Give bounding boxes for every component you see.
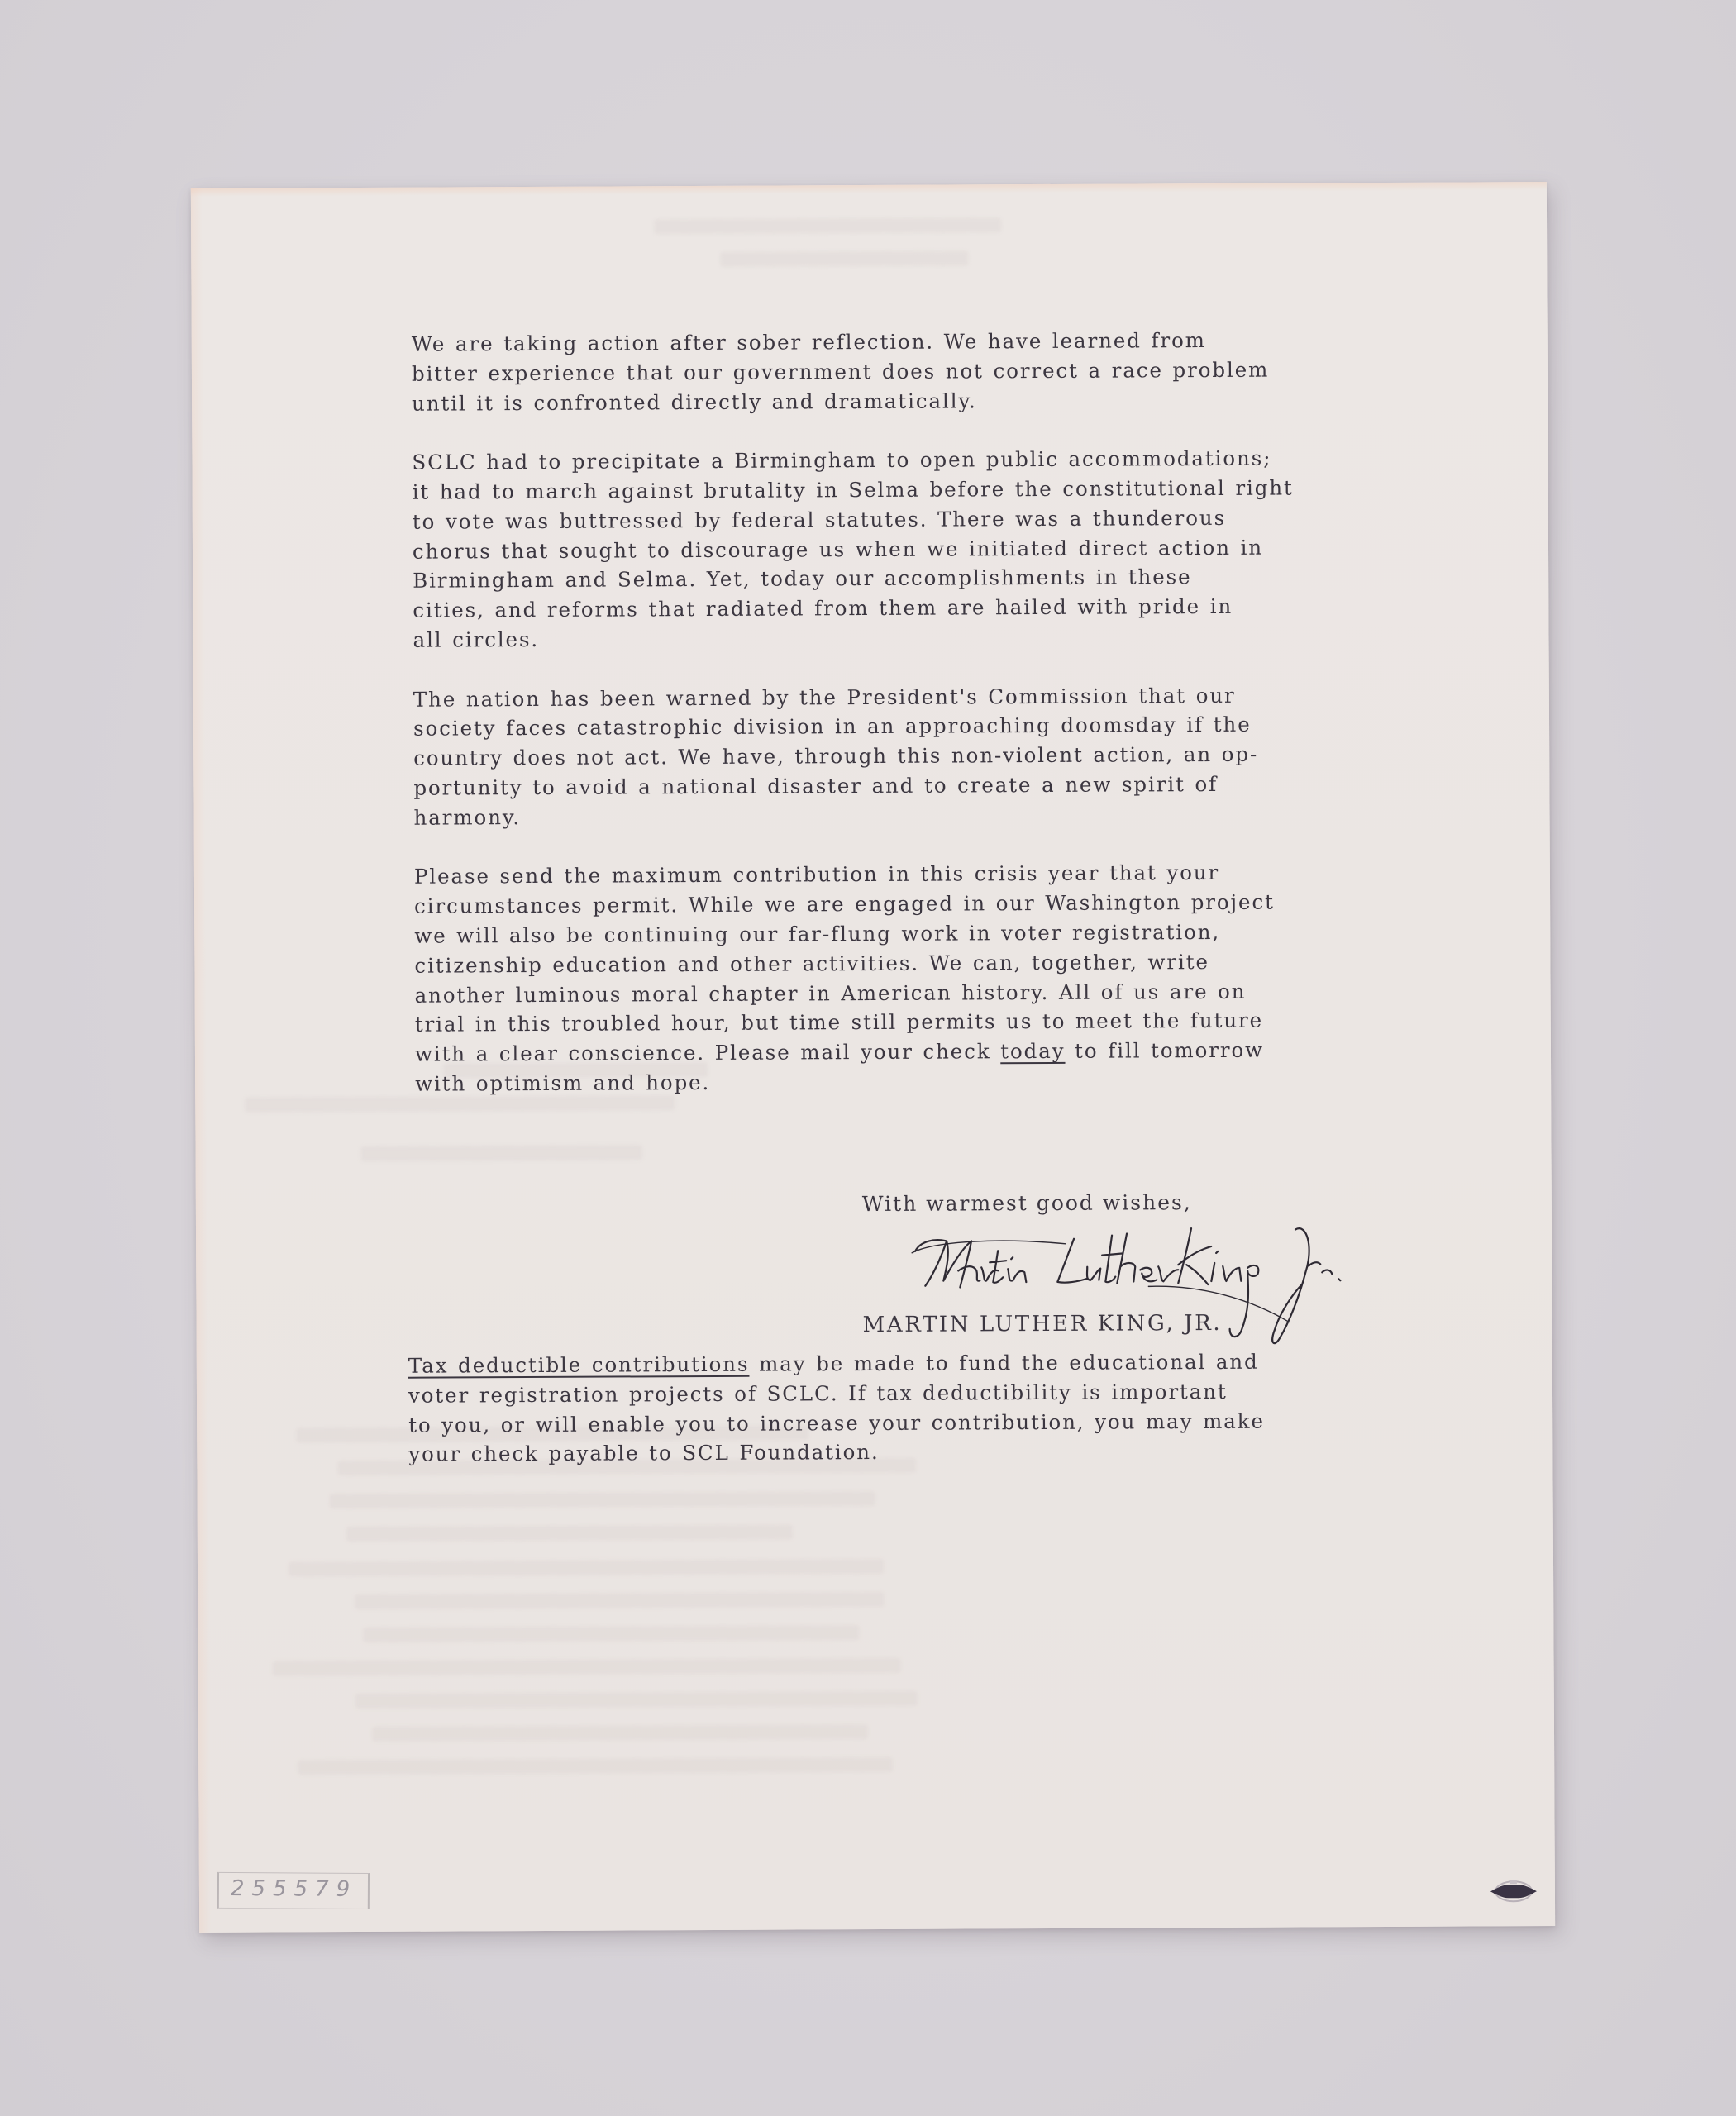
letter-body: We are taking action after sober reflect… [412,325,1408,1128]
typed-signatory-name: MARTIN LUTHER KING, JR. [863,1311,1223,1337]
embossed-seal-stamp-icon [1487,1876,1540,1906]
underlined-tax-deductible: Tax deductible contributions [408,1352,750,1378]
postscript-note: Tax deductible contributions may be made… [408,1346,1434,1470]
paragraph-4: Please send the maximum contribution in … [414,857,1407,1099]
underlined-today: today [1000,1039,1065,1063]
pencil-inventory-box: 255579 [217,1872,370,1909]
paragraph-3: The nation has been warned by the Presid… [413,679,1406,832]
pencil-inventory-number: 255579 [231,1876,357,1902]
paragraph-4-text: Please send the maximum contribution in … [414,860,1275,1066]
closing-salutation: With warmest good wishes, [862,1190,1192,1216]
letter-page: We are taking action after sober reflect… [191,182,1555,1933]
paragraph-2: SCLC had to precipitate a Birmingham to … [412,443,1405,655]
paragraph-1: We are taking action after sober reflect… [412,325,1405,418]
